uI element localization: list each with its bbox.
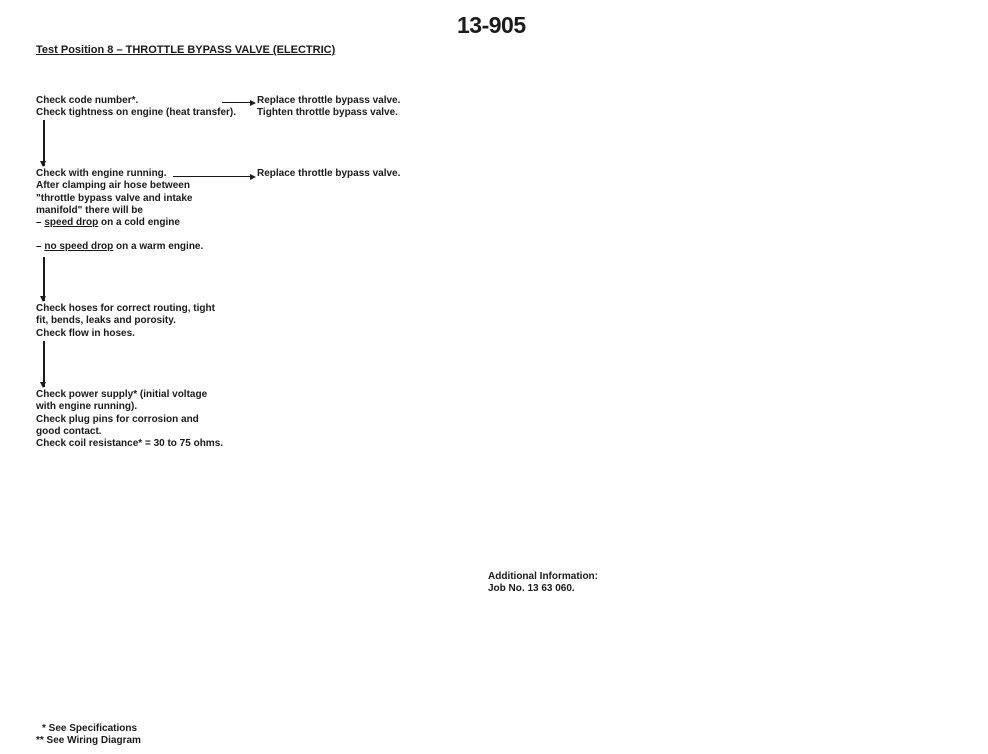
arrow-down-icon (43, 120, 45, 166)
step-line: Check flow in hoses. (36, 328, 215, 340)
bullet-warm: – no speed drop on a warm engine. (36, 241, 203, 253)
step-line: After clamping air hose between (36, 180, 203, 192)
job-number: Job No. 13 63 060. (488, 583, 598, 595)
page-number: 13-905 (457, 12, 526, 39)
result-line: Replace throttle bypass valve. (257, 168, 400, 180)
step-line: with engine running). (36, 401, 223, 413)
page-title: Test Position 8 – THROTTLE BYPASS VALVE … (36, 44, 335, 56)
bullet-text: on a warm engine. (113, 241, 203, 252)
additional-info-label: Additional Information: (488, 571, 598, 583)
underlined-term: speed drop (44, 217, 98, 228)
step-1-checks: Check code number*. Check tightness on e… (36, 95, 236, 120)
step-line: fit, bends, leaks and porosity. (36, 315, 215, 327)
step-line: Check power supply* (initial voltage (36, 389, 223, 401)
step-2-results: Replace throttle bypass valve. (257, 168, 400, 180)
bullet-cold: – speed drop on a cold engine (36, 217, 203, 229)
step-2-checks: Check with engine running. After clampin… (36, 168, 203, 254)
underlined-term: no speed drop (44, 241, 113, 252)
footnote-specifications: * See Specifications (36, 723, 141, 735)
step-line: Check plug pins for corrosion and (36, 414, 223, 426)
result-line: Replace throttle bypass valve. (257, 95, 400, 107)
step-line: manifold" there will be (36, 205, 203, 217)
step-line: Check with engine running. (36, 168, 203, 180)
arrow-right-icon (222, 102, 254, 103)
bullet-text: on a cold engine (98, 217, 180, 228)
footnote-wiring-diagram: ** See Wiring Diagram (36, 735, 141, 747)
step-1-results: Replace throttle bypass valve. Tighten t… (257, 95, 400, 120)
step-line: good contact. (36, 426, 223, 438)
step-4-checks: Check power supply* (initial voltage wit… (36, 389, 223, 450)
arrow-right-icon (173, 176, 254, 177)
step-line: Check code number*. (36, 95, 236, 107)
step-3-checks: Check hoses for correct routing, tight f… (36, 303, 215, 340)
step-line: Check hoses for correct routing, tight (36, 303, 215, 315)
step-line: Check coil resistance* = 30 to 75 ohms. (36, 438, 223, 450)
arrow-down-icon (43, 257, 45, 301)
additional-information: Additional Information: Job No. 13 63 06… (488, 571, 598, 596)
arrow-down-icon (43, 341, 45, 387)
step-line: "throttle bypass valve and intake (36, 193, 203, 205)
result-line: Tighten throttle bypass valve. (257, 107, 400, 119)
step-line: Check tightness on engine (heat transfer… (36, 107, 236, 119)
footnotes: * See Specifications ** See Wiring Diagr… (36, 723, 141, 748)
